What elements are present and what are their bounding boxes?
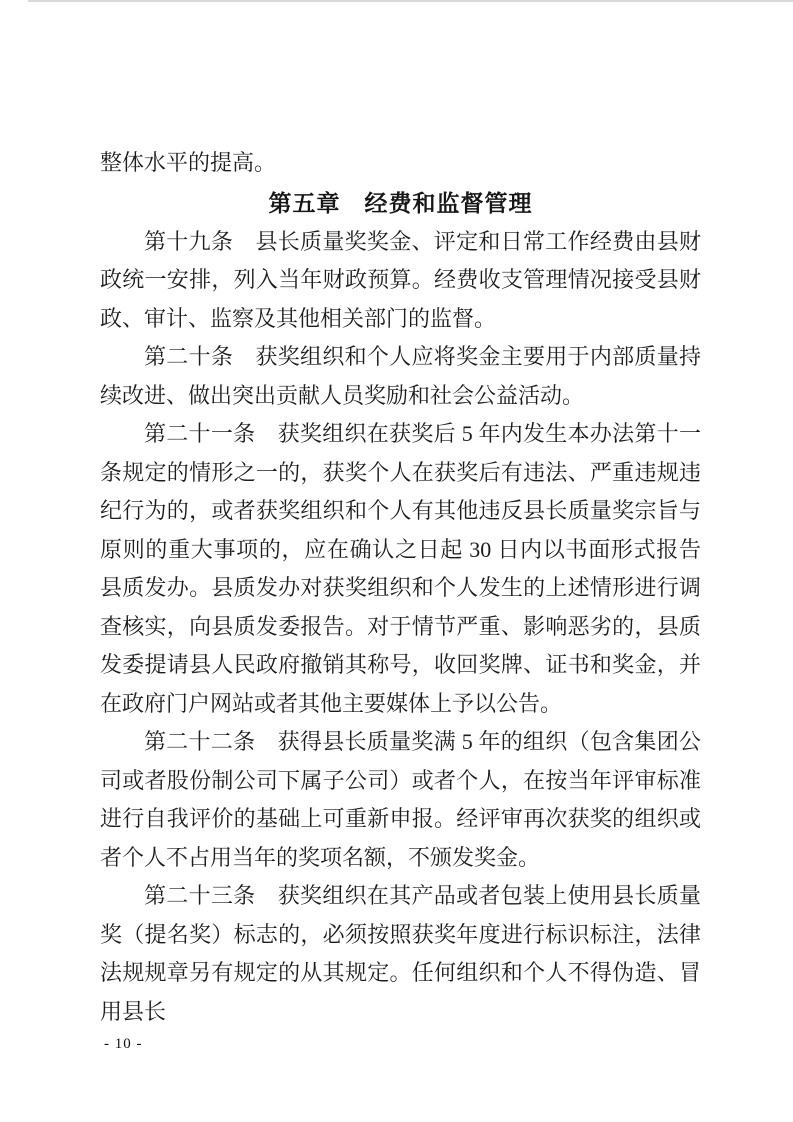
document-body: 整体水平的提高。 第五章 经费和监督管理 第十九条 县长质量奖奖金、评定和日常工… [100,144,701,1031]
paragraph-article-20: 第二十条 获奖组织和个人应将奖金主要用于内部质量持续改进、做出突出贡献人员奖励和… [100,338,701,415]
paragraph-article-23: 第二十三条 获奖组织在其产品或者包装上使用县长质量奖（提名奖）标志的，必须按照获… [100,877,701,1031]
paragraph-article-19: 第十九条 县长质量奖奖金、评定和日常工作经费由县财政统一安排，列入当年财政预算。… [100,223,701,339]
scan-edge-artifact [28,0,793,2]
document-page: 整体水平的提高。 第五章 经费和监督管理 第十九条 县长质量奖奖金、评定和日常工… [0,0,793,1122]
page-number: - 10 - [104,1036,143,1053]
paragraph-continuation: 整体水平的提高。 [100,144,701,183]
chapter-heading: 第五章 经费和监督管理 [100,183,701,223]
paragraph-article-22: 第二十二条 获得县长质量奖满 5 年的组织（包含集团公司或者股份制公司下属子公司… [100,723,701,877]
paragraph-article-21: 第二十一条 获奖组织在获奖后 5 年内发生本办法第十一条规定的情形之一的，获奖个… [100,415,701,723]
